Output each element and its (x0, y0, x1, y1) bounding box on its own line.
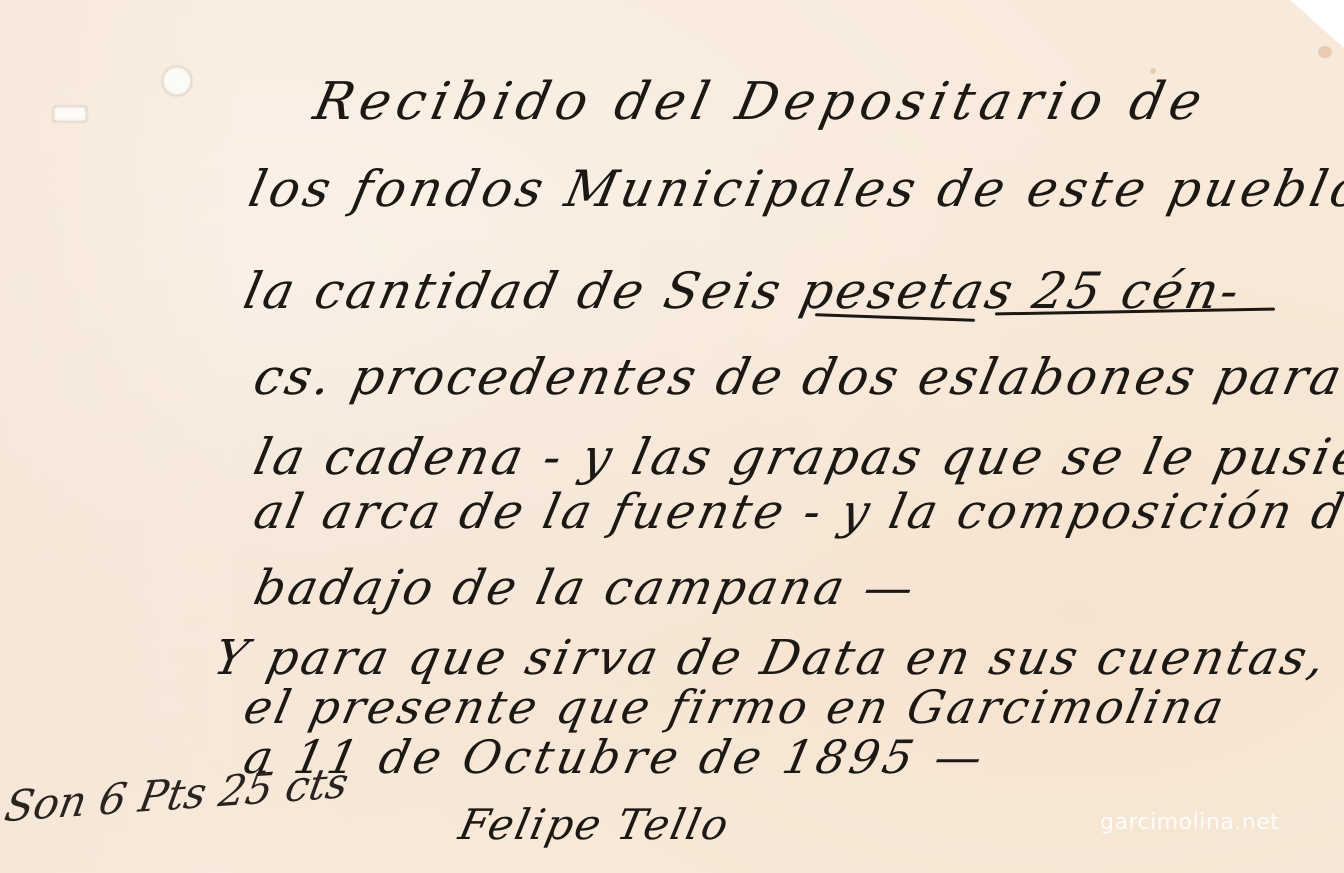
text-line-4: cs. procedentes de dos eslabones para (249, 348, 1344, 406)
paper-sheet: Recibido del Depositario de los fondos M… (0, 0, 1344, 873)
text-line-5: la cadena - y las grapas que se le pusie… (249, 428, 1344, 486)
text-line-7: badajo de la campana — (249, 560, 921, 616)
text-line-9: el presente que firmo en Garcimolina (239, 680, 1231, 734)
text-line-8: Y para que sirva de Data en sus cuentas,… (209, 630, 1344, 686)
punch-hole-slot (53, 106, 87, 122)
stain-spot (1318, 46, 1332, 58)
text-line-2: los fondos Municipales de este pueblo (244, 160, 1344, 218)
paper-fold-shade (0, 0, 235, 873)
watermark: garcimolina.net (1100, 810, 1279, 835)
punch-hole-round (162, 66, 192, 96)
text-line-6: al arca de la fuente - y la composición … (249, 484, 1344, 540)
text-line-1: Recibido del Depositario de (309, 72, 1213, 132)
signature: Felipe Tello (455, 800, 735, 849)
